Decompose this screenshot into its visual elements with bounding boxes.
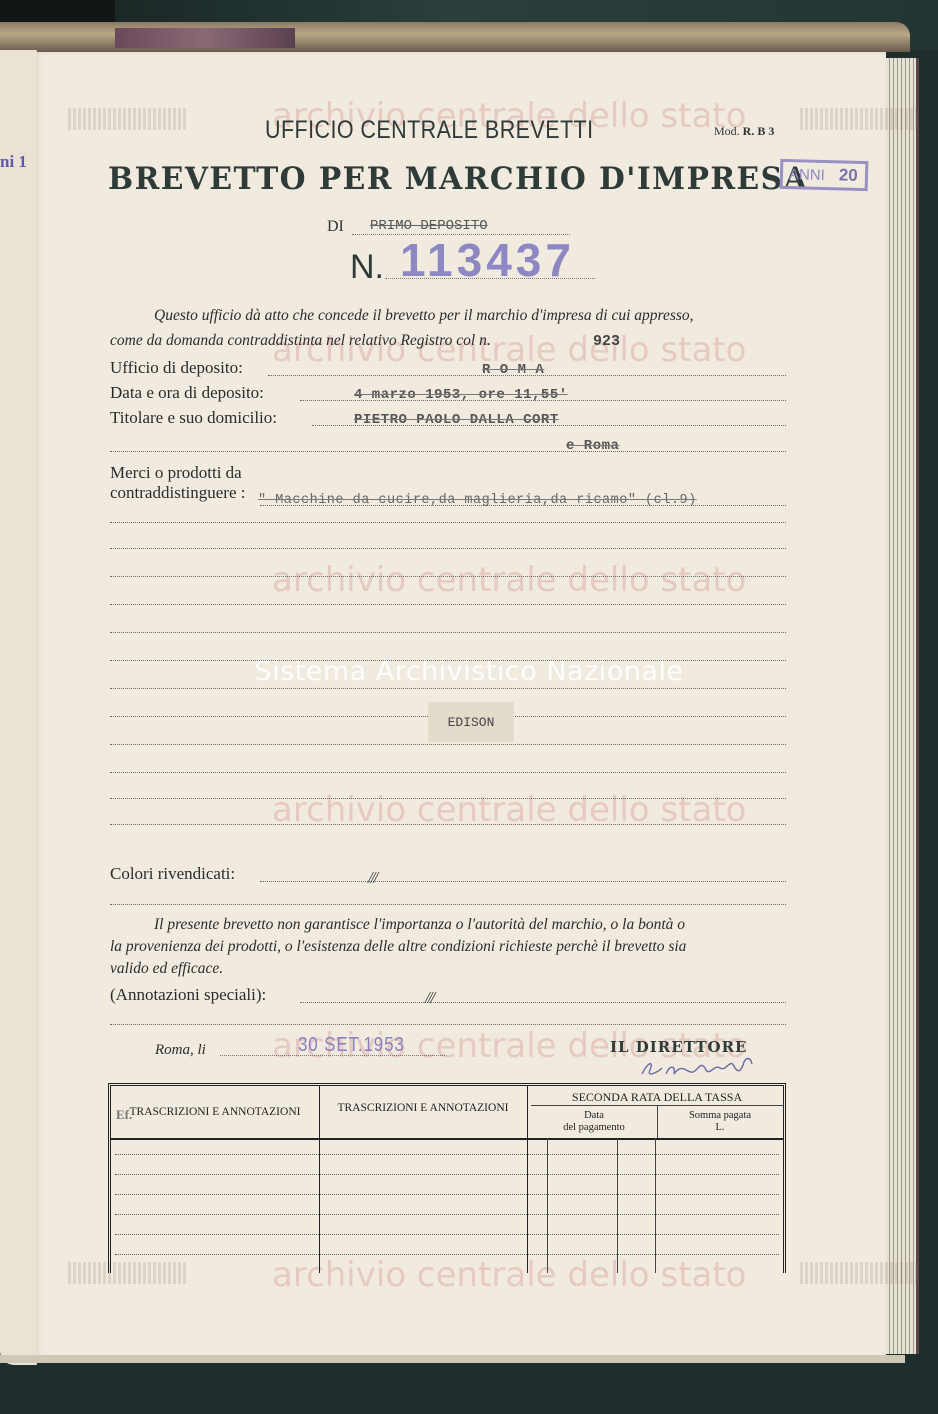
sub-column-header: Somma pagata L. [657,1110,783,1134]
field-label: (Annotazioni speciali): [110,985,266,1005]
model-code: Mod. R. B 3 [714,124,774,139]
model-code-label: Mod. [714,124,740,138]
office-name: UFFICIO CENTRALE BREVETTI [265,116,594,145]
sub-column-header: Data del pagamento [531,1110,657,1134]
field-titolare: Titolare e suo domicilio: PIETRO PAOLO D… [110,406,786,430]
intro-line-1: Questo ufficio dà atto che concede il br… [110,304,790,327]
field-ufficio-deposito: Ufficio di deposito: R O M A [110,356,786,380]
issue-date-stamp: 30 SET.1953 [298,1034,405,1057]
table-header: TRASCRIZIONI E ANNOTAZIONI TRASCRIZIONI … [111,1086,783,1140]
column-divider [655,1138,656,1273]
disclaimer-line-1: Il presente brevetto non garantisce l'im… [110,913,790,936]
field-dotted-line [260,881,786,882]
signature-icon [640,1052,760,1082]
colori-value: /// [368,868,376,888]
disclaimer-line-3: valido ed efficace. [110,957,790,980]
blank-line [110,604,786,605]
field-data-deposito: Data e ora di deposito: 4 marzo 1953, or… [110,381,786,405]
field-colori: Colori rivendicati: [110,862,786,886]
field-label: Titolare e suo domicilio: [110,408,277,428]
stamp-mark: Ef. [116,1107,132,1123]
blank-line [110,1024,786,1025]
table-row [115,1194,779,1195]
page-stack-edge [886,58,919,1354]
page-bottom-edge [0,1355,905,1363]
patent-number: 113437 [400,233,575,287]
blank-line [110,744,786,745]
model-code-value: R. B 3 [743,124,775,138]
field-dotted-line [300,1002,786,1003]
deposit-type-label: DI [327,218,344,236]
sub-header-line: del pagamento [531,1122,657,1134]
column-divider [527,1086,528,1273]
disclaimer-text-1: Il presente brevetto non garantisce l'im… [154,916,685,933]
blank-line [110,660,786,661]
blank-line [110,772,786,773]
years-stamp-label: ANNI [789,166,825,184]
table-row [115,1214,779,1215]
column-divider [617,1138,618,1273]
field-domicilio-cont: e Roma [110,432,786,456]
blank-line [110,824,786,825]
blank-line [110,522,786,523]
annotazioni-value: /// [425,988,433,1008]
column-header: TRASCRIZIONI E ANNOTAZIONI [323,1102,523,1114]
blank-line [110,688,786,689]
merci-label-1: Merci o prodotti da [110,463,246,483]
sub-header-line: Somma pagata [657,1110,783,1122]
field-value: PIETRO PAOLO DALLA CORT [354,412,559,428]
disclaimer-line-2: la provenienza dei prodotti, o l'esisten… [110,935,790,958]
merci-value: " Macchine da cucire,da maglieria,da ric… [258,493,697,508]
group-header: SECONDA RATA DELLA TASSA [531,1090,783,1105]
blank-line [110,548,786,549]
registro-number: 923 [593,333,620,350]
column-divider [319,1086,320,1273]
column-divider [547,1138,548,1273]
patent-number-label: N. [350,248,384,287]
place-label: Roma, li [155,1042,206,1059]
sub-header-line: Data [531,1110,657,1122]
field-label: Ufficio di deposito: [110,358,243,378]
previous-page-edge [0,50,37,1365]
table-row [115,1174,779,1175]
trademark-text: EDISON [448,715,495,730]
intro-line-2: come da domanda contraddistinta nel rela… [110,329,790,352]
table-row [115,1154,779,1155]
field-annotazioni: (Annotazioni speciali): [110,983,786,1007]
blank-line [110,632,786,633]
previous-page-fragment: ni 1 [0,152,27,172]
years-stamp: ANNI 20 [780,159,869,191]
column-header: TRASCRIZIONI E ANNOTAZIONI [115,1106,315,1118]
blank-line [110,798,786,799]
blank-line [110,904,786,905]
years-stamp-value: 20 [839,165,858,185]
field-merci: " Macchine da cucire,da maglieria,da ric… [110,486,786,510]
field-value: 4 marzo 1953, ore 11,55' [354,387,568,403]
document-title: BREVETTO PER MARCHIO D'IMPRESA [108,161,808,197]
field-value: R O M A [482,362,544,378]
field-label: Data e ora di deposito: [110,383,264,403]
field-dotted-line [110,451,786,452]
transcriptions-table: TRASCRIZIONI E ANNOTAZIONI TRASCRIZIONI … [108,1083,786,1273]
book-binding-marbled [115,28,295,48]
trademark-specimen: EDISON [428,702,514,742]
field-value: e Roma [566,438,619,454]
sub-divider [657,1105,658,1138]
table-row [115,1234,779,1235]
table-row [115,1254,779,1255]
blank-line [110,576,786,577]
sub-header-line: L. [657,1122,783,1134]
field-label: Colori rivendicati: [110,864,235,884]
intro-text-1: Questo ufficio dà atto che concede il br… [154,307,694,324]
